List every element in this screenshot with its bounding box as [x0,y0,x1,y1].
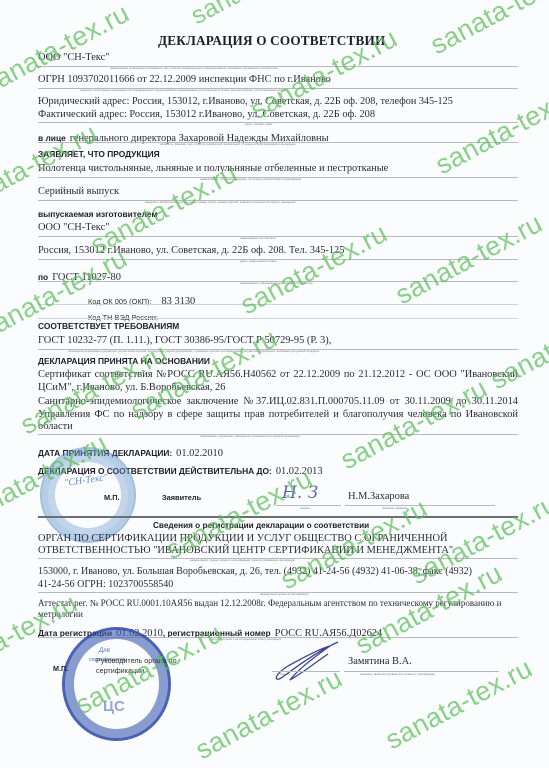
standard-line: по ГОСТ 11027-80 [38,267,121,285]
basis-certificate: Сертификат соответствия №РОСС RU.АЯ56.Н4… [38,369,518,394]
section-divider [38,516,518,518]
product-release: Серийный выпуск [38,186,119,197]
registrar-name-caption: инициалы, фамилия руководителя органа по… [360,673,435,676]
name-line [344,671,499,672]
divider [38,236,518,237]
valid-until-label: ДЕКЛАРАЦИЯ О СООТВЕТСТВИИ ДЕЙСТВИТЕЛЬНА … [38,466,272,476]
accepted-date-line: ДАТА ПРИНЯТИЯ ДЕКЛАРАЦИИ: 01.02.2010 [38,443,223,461]
okp-code-value: 83 3130 [161,296,195,307]
applicant-ogrn: ОГРН 1093702011666 от 22.12.2009 инспекц… [38,74,331,85]
registration-head-label: Руководитель органа по сертификации [96,656,200,676]
requirements-heading: СООТВЕТСТВУЕТ ТРЕБОВАНИЯМ [38,321,179,331]
manufacturer-address: Россия, 153012 г.Иваново, ул. Советская,… [38,245,344,256]
product-release-caption: сведения о серийном выпуске или партии (… [145,201,295,204]
name-line [345,505,495,506]
requirements-caption: обозначение нормативных документов, соот… [68,350,319,353]
applicant-signature: Н. З [282,483,318,503]
watermark: sanata-tex.ru [380,653,537,756]
legal-address: Юридический адрес: Россия, 153012, г.Ива… [38,96,453,107]
watermark: sanata-tex.ru [186,0,332,31]
applicant-ogrn-caption: сведения о регистрации организации или и… [80,89,286,92]
valid-until-value: 01.02.2013 [276,466,323,477]
stamp-text-for: Для [99,648,110,654]
registration-body-name: ОРГАН ПО СЕРТИФИКАЦИИ ПРОДУКЦИИ И УСЛУГ … [38,533,478,557]
manufacturer-name: ООО "СН-Текс" [38,222,109,233]
applicant-signer-name: Н.М.Захарова [348,491,409,502]
signature-line [276,505,341,506]
registrar-signature [270,636,350,688]
applicant-role-label: Заявитель [162,493,201,502]
applicant-stamp-label: М.П. [104,493,120,502]
manufacturer-name-caption: наименование изготовителя [240,237,275,240]
product-heading: ЗАЯВЛЯЕТ, ЧТО ПРОДУКЦИЯ [38,149,160,159]
divider [38,318,518,319]
basis-sanitary: Санитарно-эпидемиологическое заключение … [38,396,518,434]
valid-until-line: ДЕКЛАРАЦИЯ О СООТВЕТСТВИИ ДЕЙСТВИТЕЛЬНА … [38,461,323,479]
accepted-date-value: 01.02.2010 [176,448,223,459]
declaration-page: ДЕКЛАРАЦИЯ О СООТВЕТСТВИИ ООО "СН-Текс" … [0,0,549,768]
signature-line [272,671,340,672]
watermark: sanata-tex.ru [235,218,392,321]
basis-caption: информация о документах, являющихся осно… [200,435,300,438]
standard-caption: наименование и обозначение документации … [240,282,313,285]
applicant-name-caption-2: инициалы, фамилия [382,507,408,510]
actual-address: Фактический адрес: Россия, 153012 г.Иван… [38,109,375,120]
document-title: ДЕКЛАРАЦИЯ О СООТВЕТСТВИИ [158,33,385,49]
basis-heading: ДЕКЛАРАЦИЯ ПРИНЯТА НА ОСНОВАНИИ [38,356,210,366]
registrar-name: Замятина В.А. [348,656,412,667]
registration-heading: Сведения о регистрации декларации о соот… [153,521,369,530]
registrar-signature-caption: подпись [280,673,290,676]
applicant-name: ООО "СН-Текс" [38,52,109,63]
manufacturer-address-caption: адрес, наименование страны [240,260,277,263]
watermark: sanata-tex.ru [430,78,549,181]
divider [38,259,518,260]
applicant-signature-caption: подпись [300,507,310,510]
stamp-emblem: ЦС [103,698,125,715]
registration-stamp-label: М.П. [53,664,68,673]
product-name-caption: наименование, тип, марка продукции, на к… [200,178,301,181]
divider [38,122,518,123]
applicant-name-caption: наименование организации или фамилия, им… [110,67,278,70]
address-caption: адрес, телефон, факс [245,123,273,126]
watermark: sanata-tex.ru [425,0,549,61]
product-name: Полотенца чистольняные, льняные и полуль… [38,163,388,174]
accreditation-caption: аккредитация органа по сертификации [260,593,309,596]
registration-address: 153000, г. Иваново, ул. Большая Воробьев… [38,566,478,591]
divider [38,304,518,305]
certification-body-stamp: Для сертификатов ЦС [62,627,171,741]
registration-body-caption: наименование и адрес органа по сертифика… [190,559,295,562]
requirements-value: ГОСТ 10232-77 (П. 1.11.), ГОСТ 30386-95/… [38,335,331,346]
represented-by-caption: должность, фамилия, имя, отчество руково… [160,143,295,146]
manufacturer-heading: выпускаемая изготовителем [38,209,158,219]
watermark: sanata-tex.ru [0,0,135,101]
registration-accreditation: Аттестат рег. № РОСС RU.0001.10АЯ56 выда… [38,598,518,620]
accepted-date-label: ДАТА ПРИНЯТИЯ ДЕКЛАРАЦИИ: [38,448,172,458]
